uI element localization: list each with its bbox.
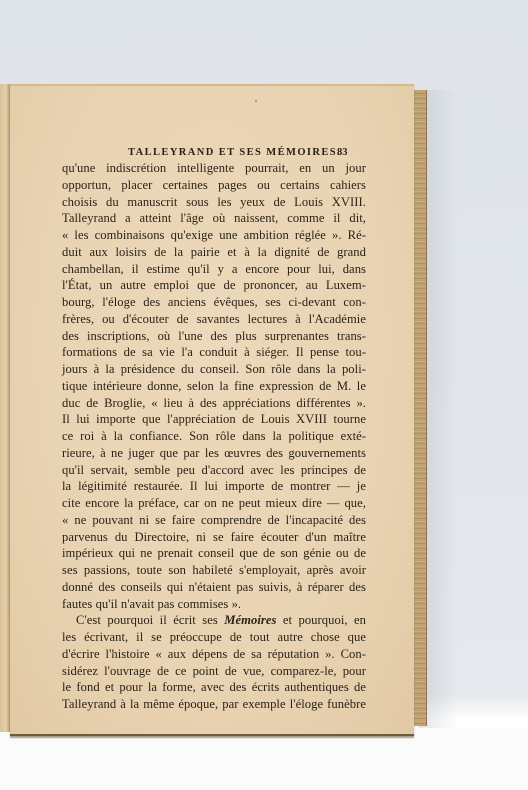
text-line: jours à la présidence du conseil. Son rô…: [62, 361, 366, 378]
text-line: bourg, l'éloge des anciens évêques, ses …: [62, 294, 366, 311]
paragraph-start-line: C'est pourquoi il écrit ses Mémoires et …: [62, 612, 366, 629]
tabletop: [0, 728, 528, 790]
text-line: sidérez l'ouvrage de ce point de vue, co…: [62, 663, 366, 680]
italic-title: Mémoires: [224, 613, 276, 627]
text-line: frères, ou d'écouter de savantes lecture…: [62, 311, 366, 328]
text-line: ses passions, toute son habileté s'emplo…: [62, 562, 366, 579]
text-line: tique intérieure donne, selon la fine ex…: [62, 378, 366, 395]
text-line: Talleyrand à la même époque, par exemple…: [62, 696, 366, 713]
text-span: C'est pourquoi il écrit ses: [76, 613, 224, 627]
page-number: 83: [337, 147, 348, 158]
text-line: des inscriptions, où l'une des plus surp…: [62, 328, 366, 345]
text-line: impérieux qui ne prenait conseil que de …: [62, 545, 366, 562]
text-line: « les combinaisons qu'exige une ambition…: [62, 227, 366, 244]
text-line: la légitimité restaurée. Il lui importe …: [62, 478, 366, 495]
paper-speck: [318, 702, 320, 704]
text-line: donné des conseils qui n'étaient pas sui…: [62, 579, 366, 596]
text-line: d'écrire l'histoire « aux dépens de sa r…: [62, 646, 366, 663]
text-line: Talleyrand a atteint l'âge où naissent, …: [62, 210, 366, 227]
book-page-block: TALLEYRAND ET SES MÉMOIRES. 83 qu'une in…: [8, 82, 424, 734]
text-line: ce roi à la confiance. Son rôle dans la …: [62, 428, 366, 445]
text-line: choisis du manuscrit sous les yeux de Lo…: [62, 194, 366, 211]
text-line: l'État, un autre emploi que de prononcer…: [62, 277, 366, 294]
text-line: cite encore la préface, car on ne peut m…: [62, 495, 366, 512]
text-line: parvenus du Directoire, ni se faire écou…: [62, 529, 366, 546]
paper-speck: [112, 652, 114, 654]
text-line: Il lui importe que l'appréciation de Lou…: [62, 411, 366, 428]
body-text: qu'une indiscrétion intelligente pourrai…: [62, 160, 366, 713]
book-page: TALLEYRAND ET SES MÉMOIRES. 83 qu'une in…: [10, 84, 414, 736]
text-line: duc de Broglie, « lieu à des appréciatio…: [62, 395, 366, 412]
text-line: fautes qu'il n'avait pas commises ».: [62, 596, 366, 613]
text-line: le fond et pour la forme, avec des écrit…: [62, 679, 366, 696]
running-title: TALLEYRAND ET SES MÉMOIRES.: [128, 147, 341, 158]
text-line: qu'une indiscrétion intelligente pourrai…: [62, 160, 366, 177]
deckle-edge: [412, 90, 427, 726]
text-line: rieure, à ne juger que par les œuvres de…: [62, 445, 366, 462]
text-line: duit aux loisirs de la pairie et à la di…: [62, 244, 366, 261]
paper-speck: [255, 100, 257, 102]
text-span: et pourquoi, en: [276, 613, 366, 627]
text-line: qu'il servait, semble peu d'accord avec …: [62, 462, 366, 479]
text-line: « ne pouvant ni se faire comprendre de l…: [62, 512, 366, 529]
text-line: chambellan, il estime qu'il y a encore p…: [62, 261, 366, 278]
running-head: TALLEYRAND ET SES MÉMOIRES. 83: [10, 147, 414, 161]
text-line: opportun, placer certaines pages ou cert…: [62, 177, 366, 194]
text-line: les écrivant, il se préoccupe de tout au…: [62, 629, 366, 646]
text-line: formations de sa vie l'a conduit à siége…: [62, 344, 366, 361]
